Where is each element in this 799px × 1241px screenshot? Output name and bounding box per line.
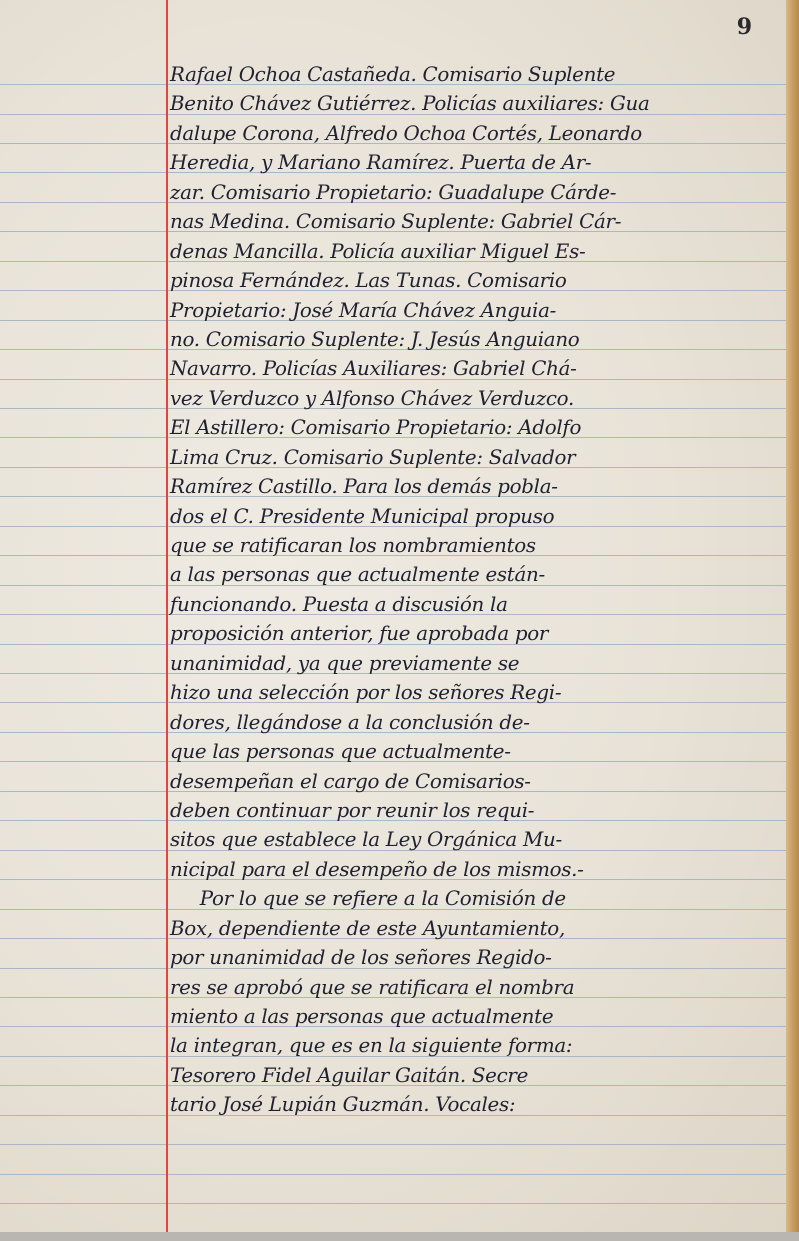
handwritten-line: por unanimidad de los señores Regido- bbox=[170, 943, 770, 972]
handwritten-line: desempeñan el cargo de Comisarios- bbox=[170, 767, 770, 796]
bottom-background bbox=[0, 1232, 799, 1241]
ruled-line bbox=[0, 1174, 786, 1175]
handwritten-line: hizo una selección por los señores Regi- bbox=[170, 678, 770, 707]
handwritten-line: que se ratificaran los nombramientos bbox=[170, 531, 770, 560]
handwritten-line: Tesorero Fidel Aguilar Gaitán. Secre bbox=[170, 1061, 770, 1090]
handwritten-text: Rafael Ochoa Castañeda. Comisario Suplen… bbox=[170, 60, 775, 1120]
handwritten-line: deben continuar por reunir los requi- bbox=[170, 796, 770, 825]
handwritten-line: miento a las personas que actualmente bbox=[170, 1002, 770, 1031]
handwritten-line: unanimidad, ya que previamente se bbox=[170, 649, 770, 678]
handwritten-line: denas Mancilla. Policía auxiliar Miguel … bbox=[170, 237, 770, 266]
handwritten-line: sitos que establece la Ley Orgánica Mu- bbox=[170, 825, 770, 854]
handwritten-line: pinosa Fernández. Las Tunas. Comisario bbox=[170, 266, 770, 295]
handwritten-line: no. Comisario Suplente: J. Jesús Anguian… bbox=[170, 325, 770, 354]
handwritten-line: El Astillero: Comisario Propietario: Ado… bbox=[170, 413, 770, 442]
handwritten-line: que las personas que actualmente- bbox=[170, 737, 770, 766]
ruled-line bbox=[0, 1144, 786, 1145]
page-number: 9 bbox=[737, 14, 752, 40]
handwritten-line: vez Verduzco y Alfonso Chávez Verduzco. bbox=[170, 384, 770, 413]
handwritten-line: funcionando. Puesta a discusión la bbox=[170, 590, 770, 619]
book-edge bbox=[786, 0, 799, 1241]
handwritten-line: tario José Lupián Guzmán. Vocales: bbox=[170, 1090, 770, 1119]
ruled-line bbox=[0, 1203, 786, 1204]
handwritten-line: Ramírez Castillo. Para los demás pobla- bbox=[170, 472, 770, 501]
handwritten-line: zar. Comisario Propietario: Guadalupe Cá… bbox=[170, 178, 770, 207]
handwritten-line: Heredia, y Mariano Ramírez. Puerta de Ar… bbox=[170, 148, 770, 177]
handwritten-line: dores, llegándose a la conclusión de- bbox=[170, 708, 770, 737]
handwritten-line: la integran, que es en la siguiente form… bbox=[170, 1031, 770, 1060]
red-margin-line bbox=[166, 0, 168, 1232]
handwritten-line: res se aprobó que se ratificara el nombr… bbox=[170, 973, 770, 1002]
handwritten-line: dalupe Corona, Alfredo Ochoa Cortés, Leo… bbox=[170, 119, 770, 148]
handwritten-line: nas Medina. Comisario Suplente: Gabriel … bbox=[170, 207, 770, 236]
handwritten-line: proposición anterior, fue aprobada por bbox=[170, 619, 770, 648]
handwritten-line: Rafael Ochoa Castañeda. Comisario Suplen… bbox=[170, 60, 770, 89]
ledger-page: 9 Rafael Ochoa Castañeda. Comisario Supl… bbox=[0, 0, 786, 1232]
handwritten-line: Box, dependiente de este Ayuntamiento, bbox=[170, 914, 770, 943]
handwritten-line: a las personas que actualmente están- bbox=[170, 560, 770, 589]
handwritten-line: Propietario: José María Chávez Anguia- bbox=[170, 296, 770, 325]
handwritten-line: Por lo que se refiere a la Comisión de bbox=[170, 884, 770, 913]
handwritten-line: dos el C. Presidente Municipal propuso bbox=[170, 502, 770, 531]
handwritten-line: Lima Cruz. Comisario Suplente: Salvador bbox=[170, 443, 770, 472]
handwritten-line: Benito Chávez Gutiérrez. Policías auxili… bbox=[170, 89, 770, 118]
handwritten-line: Navarro. Policías Auxiliares: Gabriel Ch… bbox=[170, 354, 770, 383]
handwritten-line: nicipal para el desempeño de los mismos.… bbox=[170, 855, 770, 884]
